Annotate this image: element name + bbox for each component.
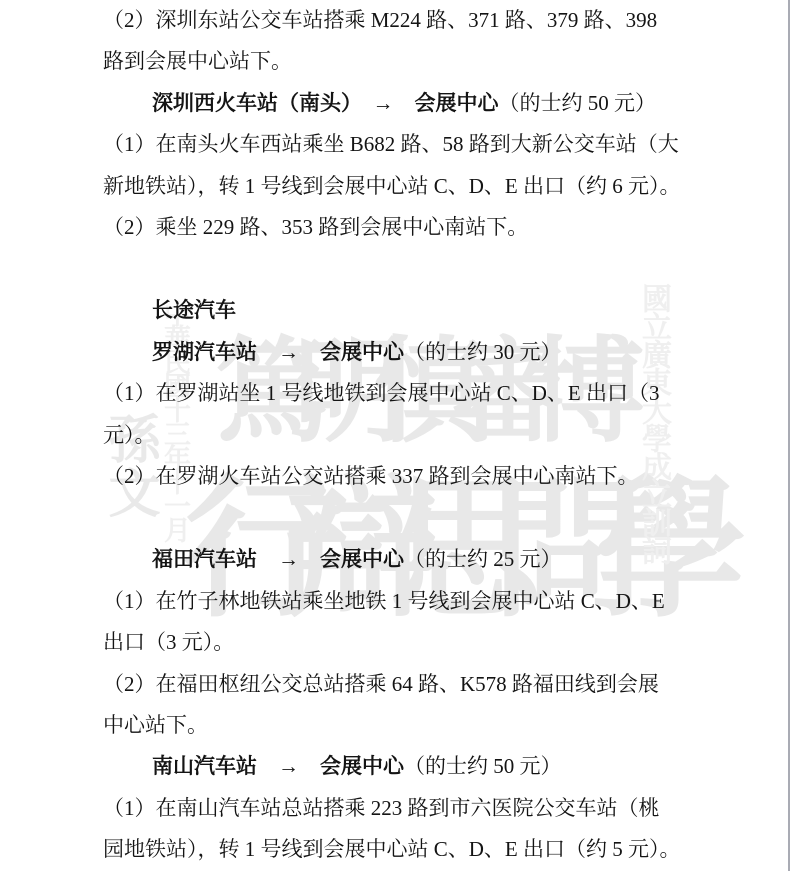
page-right-edge-line [788, 0, 790, 871]
text-line: （1）在罗湖站坐 1 号线地铁到会展中心站 C、D、E 出口（3 [103, 373, 691, 414]
document-page: 篤明慎審博 行辯思問學 國立廣東大學成立訓詞 中華民國十三年十一月 孫文 （2）… [0, 0, 791, 871]
route-heading-title: 深圳西火车站（南头） → 会展中心 [152, 91, 499, 115]
text-line: （2）乘坐 229 路、353 路到会展中心南站下。 [103, 207, 691, 248]
route-heading: 福田汽车站 → 会展中心（的士约 25 元） [103, 539, 691, 580]
route-heading-title: 长途汽车 [152, 298, 236, 322]
route-heading-title: 南山汽车站 → 会展中心 [152, 754, 404, 778]
text-line: （2）在罗湖火车站公交站搭乘 337 路到会展中心南站下。 [103, 456, 691, 497]
route-heading: 长途汽车 [103, 290, 691, 331]
text-line: 出口（3 元）。 [103, 622, 691, 663]
route-heading-note: （的士约 25 元） [404, 547, 562, 571]
paragraph: （1）在南头火车西站乘坐 B682 路、58 路到大新公交车站（大新地铁站），转… [103, 124, 691, 207]
paragraph: （2）乘坐 229 路、353 路到会展中心南站下。 [103, 207, 691, 248]
text-line: 园地铁站），转 1 号线到会展中心站 C、D、E 出口（约 5 元）。 [103, 829, 691, 870]
text-line: 元）。 [103, 415, 691, 456]
paragraph: （2）在福田枢纽公交总站搭乘 64 路、K578 路福田线到会展中心站下。 [103, 664, 691, 747]
text-line: （2）深圳东站公交车站搭乘 M224 路、371 路、379 路、398 [103, 0, 691, 41]
paragraph-spacer [103, 249, 691, 290]
route-heading-title: 罗湖汽车站 → 会展中心 [152, 340, 404, 364]
route-heading-title: 福田汽车站 → 会展中心 [152, 547, 404, 571]
route-heading-note: （的士约 50 元） [499, 91, 657, 115]
paragraph: （2）在罗湖火车站公交站搭乘 337 路到会展中心南站下。 [103, 456, 691, 497]
route-heading: 南山汽车站 → 会展中心（的士约 50 元） [103, 746, 691, 787]
text-line: 路到会展中心站下。 [103, 41, 691, 82]
paragraph-spacer [103, 498, 691, 539]
text-line: 新地铁站），转 1 号线到会展中心站 C、D、E 出口（约 6 元）。 [103, 166, 691, 207]
route-heading: 深圳西火车站（南头） → 会展中心（的士约 50 元） [103, 83, 691, 124]
paragraph: （2）深圳东站公交车站搭乘 M224 路、371 路、379 路、398路到会展… [103, 0, 691, 83]
paragraph: （1）在竹子林地铁站乘坐地铁 1 号线到会展中心站 C、D、E出口（3 元）。 [103, 581, 691, 664]
paragraph: （1）在南山汽车站总站搭乘 223 路到市六医院公交车站（桃园地铁站），转 1 … [103, 788, 691, 871]
route-heading: 罗湖汽车站 → 会展中心（的士约 30 元） [103, 332, 691, 373]
paragraph: （1）在罗湖站坐 1 号线地铁到会展中心站 C、D、E 出口（3元）。 [103, 373, 691, 456]
text-line: （1）在竹子林地铁站乘坐地铁 1 号线到会展中心站 C、D、E [103, 581, 691, 622]
text-line: （1）在南山汽车站总站搭乘 223 路到市六医院公交车站（桃 [103, 788, 691, 829]
text-line: （2）在福田枢纽公交总站搭乘 64 路、K578 路福田线到会展 [103, 664, 691, 705]
route-heading-note: （的士约 50 元） [404, 754, 562, 778]
text-line: 中心站下。 [103, 705, 691, 746]
route-heading-note: （的士约 30 元） [404, 340, 562, 364]
document-body: （2）深圳东站公交车站搭乘 M224 路、371 路、379 路、398路到会展… [103, 0, 691, 871]
text-line: （1）在南头火车西站乘坐 B682 路、58 路到大新公交车站（大 [103, 124, 691, 165]
